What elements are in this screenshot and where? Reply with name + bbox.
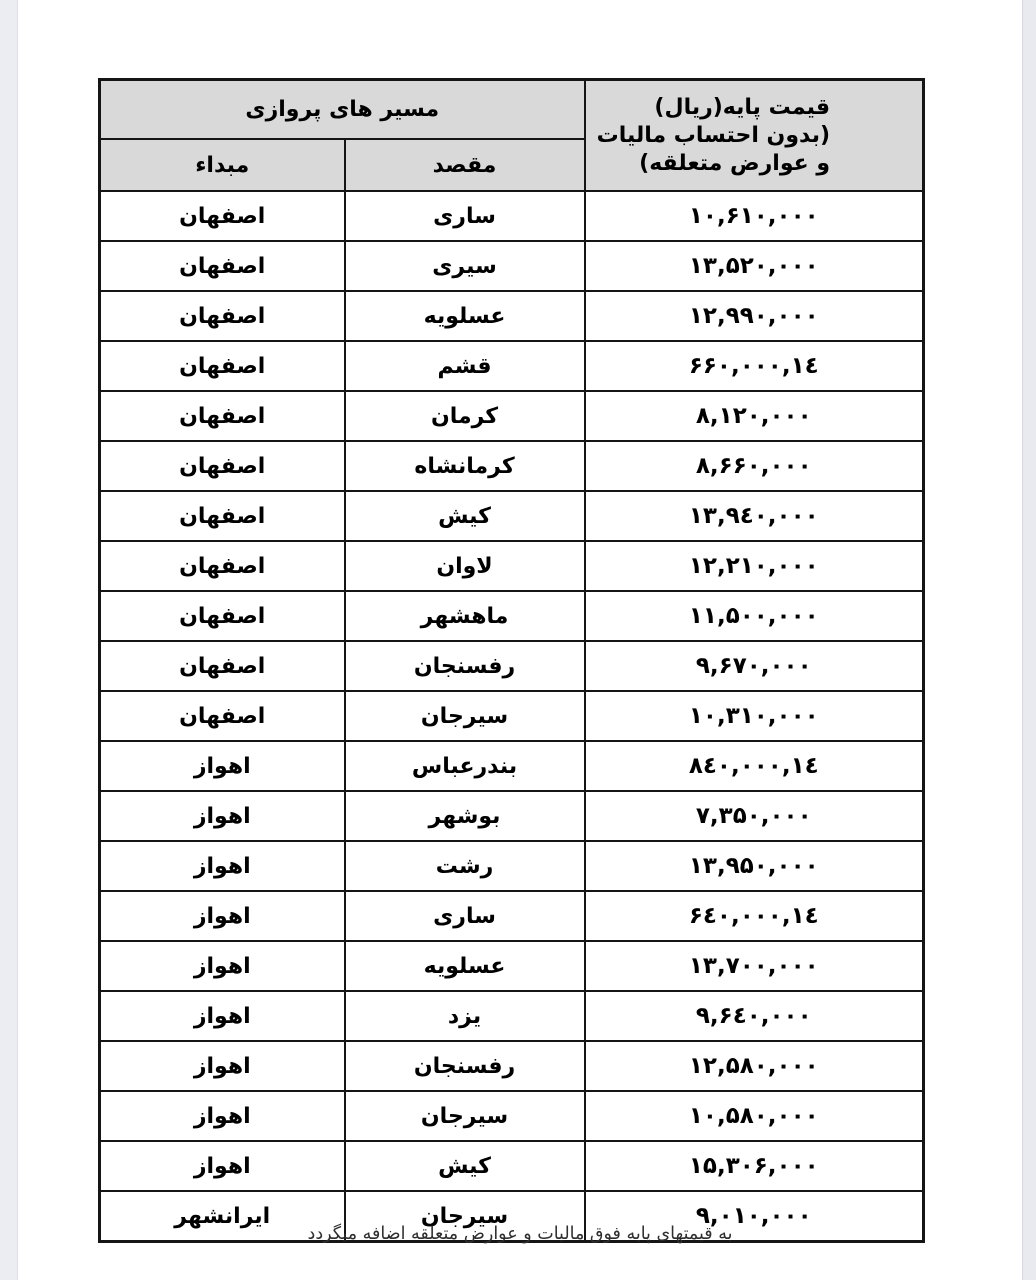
destination-cell: یزد [345, 991, 585, 1041]
destination-cell: سیرجان [345, 1091, 585, 1141]
table-row: اهواز بوشهر ۷,۳۵۰,۰۰۰ [100, 791, 924, 841]
routes-group-header-row: مسیر های پروازی قیمت پایه(ریال) (بدون اح… [100, 80, 924, 140]
price-cell: ۱۳,۷۰۰,۰۰۰ [585, 941, 924, 991]
origin-cell: اصفهان [100, 541, 345, 591]
price-cell: ۱۰,۳۱۰,۰۰۰ [585, 691, 924, 741]
origin-cell: اهواز [100, 941, 345, 991]
price-cell: ۸,۶۶۰,۰۰۰ [585, 441, 924, 491]
origin-cell: اهواز [100, 1091, 345, 1141]
origin-cell: اصفهان [100, 591, 345, 641]
fare-table-body: اصفهان ساری ۱۰,۶۱۰,۰۰۰ اصفهان سیری ۱۳,۵۲… [100, 191, 924, 1242]
table-row: اصفهان ساری ۱۰,۶۱۰,۰۰۰ [100, 191, 924, 241]
destination-cell: رفسنجان [345, 641, 585, 691]
fare-table-header: مسیر های پروازی قیمت پایه(ریال) (بدون اح… [100, 80, 924, 192]
origin-cell: اصفهان [100, 641, 345, 691]
destination-cell: رشت [345, 841, 585, 891]
price-cell: ۱۵,۳۰۶,۰۰۰ [585, 1141, 924, 1191]
destination-cell: قشم [345, 341, 585, 391]
routes-group-header: مسیر های پروازی [100, 80, 585, 140]
table-row: اهواز رفسنجان ۱۲,۵۸۰,۰۰۰ [100, 1041, 924, 1091]
footer-note: به قیمتهای پایه فوق مالیات و عوارض متعلق… [18, 1224, 1022, 1244]
viewer-right-gutter [1022, 0, 1036, 1280]
table-row: اصفهان کرمان ۸,۱۲۰,۰۰۰ [100, 391, 924, 441]
table-row: اهواز بندرعباس ۱٤,۸٤۰,۰۰۰ [100, 741, 924, 791]
destination-cell: بوشهر [345, 791, 585, 841]
table-row: اصفهان سیرجان ۱۰,۳۱۰,۰۰۰ [100, 691, 924, 741]
destination-cell: رفسنجان [345, 1041, 585, 1091]
base-price-header-line2: (بدون احتساب مالیات [586, 122, 831, 150]
price-cell: ۹,۶۷۰,۰۰۰ [585, 641, 924, 691]
origin-cell: اصفهان [100, 691, 345, 741]
price-cell: ۱۲,۵۸۰,۰۰۰ [585, 1041, 924, 1091]
destination-cell: کرمانشاه [345, 441, 585, 491]
table-row: اهواز ساری ۱٤,۶٤۰,۰۰۰ [100, 891, 924, 941]
origin-cell: اصفهان [100, 341, 345, 391]
destination-cell: ماهشهر [345, 591, 585, 641]
origin-cell: اهواز [100, 841, 345, 891]
origin-cell: اهواز [100, 1141, 345, 1191]
page: { "colors": { "header_bg": "#d9d9d9", "b… [0, 0, 1036, 1280]
base-price-header-line1: قیمت پایه(ریال) [586, 94, 831, 122]
destination-cell: عسلویه [345, 291, 585, 341]
destination-cell: سیری [345, 241, 585, 291]
destination-cell: سیرجان [345, 691, 585, 741]
price-cell: ۱۳,۹۵۰,۰۰۰ [585, 841, 924, 891]
price-cell: ۱٤,۶۶۰,۰۰۰ [585, 341, 924, 391]
base-price-header-line3: و عوارض متعلقه) [586, 150, 831, 178]
destination-cell: کیش [345, 491, 585, 541]
price-cell: ۱۲,۲۱۰,۰۰۰ [585, 541, 924, 591]
origin-column-header: مبداء [100, 139, 345, 191]
destination-cell: کرمان [345, 391, 585, 441]
origin-cell: اهواز [100, 791, 345, 841]
table-row: اهواز یزد ۹,۶٤۰,۰۰۰ [100, 991, 924, 1041]
origin-cell: اصفهان [100, 191, 345, 241]
price-cell: ۱٤,۸٤۰,۰۰۰ [585, 741, 924, 791]
table-row: اصفهان کیش ۱۳,۹٤۰,۰۰۰ [100, 491, 924, 541]
origin-cell: اهواز [100, 741, 345, 791]
destination-cell: کیش [345, 1141, 585, 1191]
price-cell: ۱۰,۶۱۰,۰۰۰ [585, 191, 924, 241]
destination-cell: عسلویه [345, 941, 585, 991]
price-cell: ۸,۱۲۰,۰۰۰ [585, 391, 924, 441]
viewer-left-gutter [0, 0, 18, 1280]
origin-cell: اهواز [100, 891, 345, 941]
destination-cell: بندرعباس [345, 741, 585, 791]
origin-cell: اصفهان [100, 291, 345, 341]
table-row: اصفهان کرمانشاه ۸,۶۶۰,۰۰۰ [100, 441, 924, 491]
origin-cell: اصفهان [100, 241, 345, 291]
price-cell: ۱۳,۹٤۰,۰۰۰ [585, 491, 924, 541]
price-cell: ۷,۳۵۰,۰۰۰ [585, 791, 924, 841]
flight-fare-table: مسیر های پروازی قیمت پایه(ریال) (بدون اح… [98, 78, 925, 1243]
table-row: اصفهان عسلویه ۱۲,۹۹۰,۰۰۰ [100, 291, 924, 341]
price-cell: ۹,۶٤۰,۰۰۰ [585, 991, 924, 1041]
table-row: اهواز سیرجان ۱۰,۵۸۰,۰۰۰ [100, 1091, 924, 1141]
destination-cell: لاوان [345, 541, 585, 591]
table-row: اصفهان ماهشهر ۱۱,۵۰۰,۰۰۰ [100, 591, 924, 641]
origin-cell: اصفهان [100, 491, 345, 541]
price-cell: ۱٤,۶٤۰,۰۰۰ [585, 891, 924, 941]
price-cell: ۱۰,۵۸۰,۰۰۰ [585, 1091, 924, 1141]
table-row: اهواز کیش ۱۵,۳۰۶,۰۰۰ [100, 1141, 924, 1191]
origin-cell: اصفهان [100, 391, 345, 441]
table-row: اهواز رشت ۱۳,۹۵۰,۰۰۰ [100, 841, 924, 891]
price-cell: ۱۲,۹۹۰,۰۰۰ [585, 291, 924, 341]
origin-cell: اصفهان [100, 441, 345, 491]
base-price-header: قیمت پایه(ریال) (بدون احتساب مالیات و عو… [585, 80, 924, 192]
table-row: اصفهان رفسنجان ۹,۶۷۰,۰۰۰ [100, 641, 924, 691]
price-cell: ۱۱,۵۰۰,۰۰۰ [585, 591, 924, 641]
origin-cell: اهواز [100, 991, 345, 1041]
table-row: اهواز عسلویه ۱۳,۷۰۰,۰۰۰ [100, 941, 924, 991]
table-row: اصفهان سیری ۱۳,۵۲۰,۰۰۰ [100, 241, 924, 291]
destination-cell: ساری [345, 191, 585, 241]
destination-column-header: مقصد [345, 139, 585, 191]
price-cell: ۱۳,۵۲۰,۰۰۰ [585, 241, 924, 291]
destination-cell: ساری [345, 891, 585, 941]
table-row: اصفهان قشم ۱٤,۶۶۰,۰۰۰ [100, 341, 924, 391]
origin-cell: اهواز [100, 1041, 345, 1091]
table-row: اصفهان لاوان ۱۲,۲۱۰,۰۰۰ [100, 541, 924, 591]
